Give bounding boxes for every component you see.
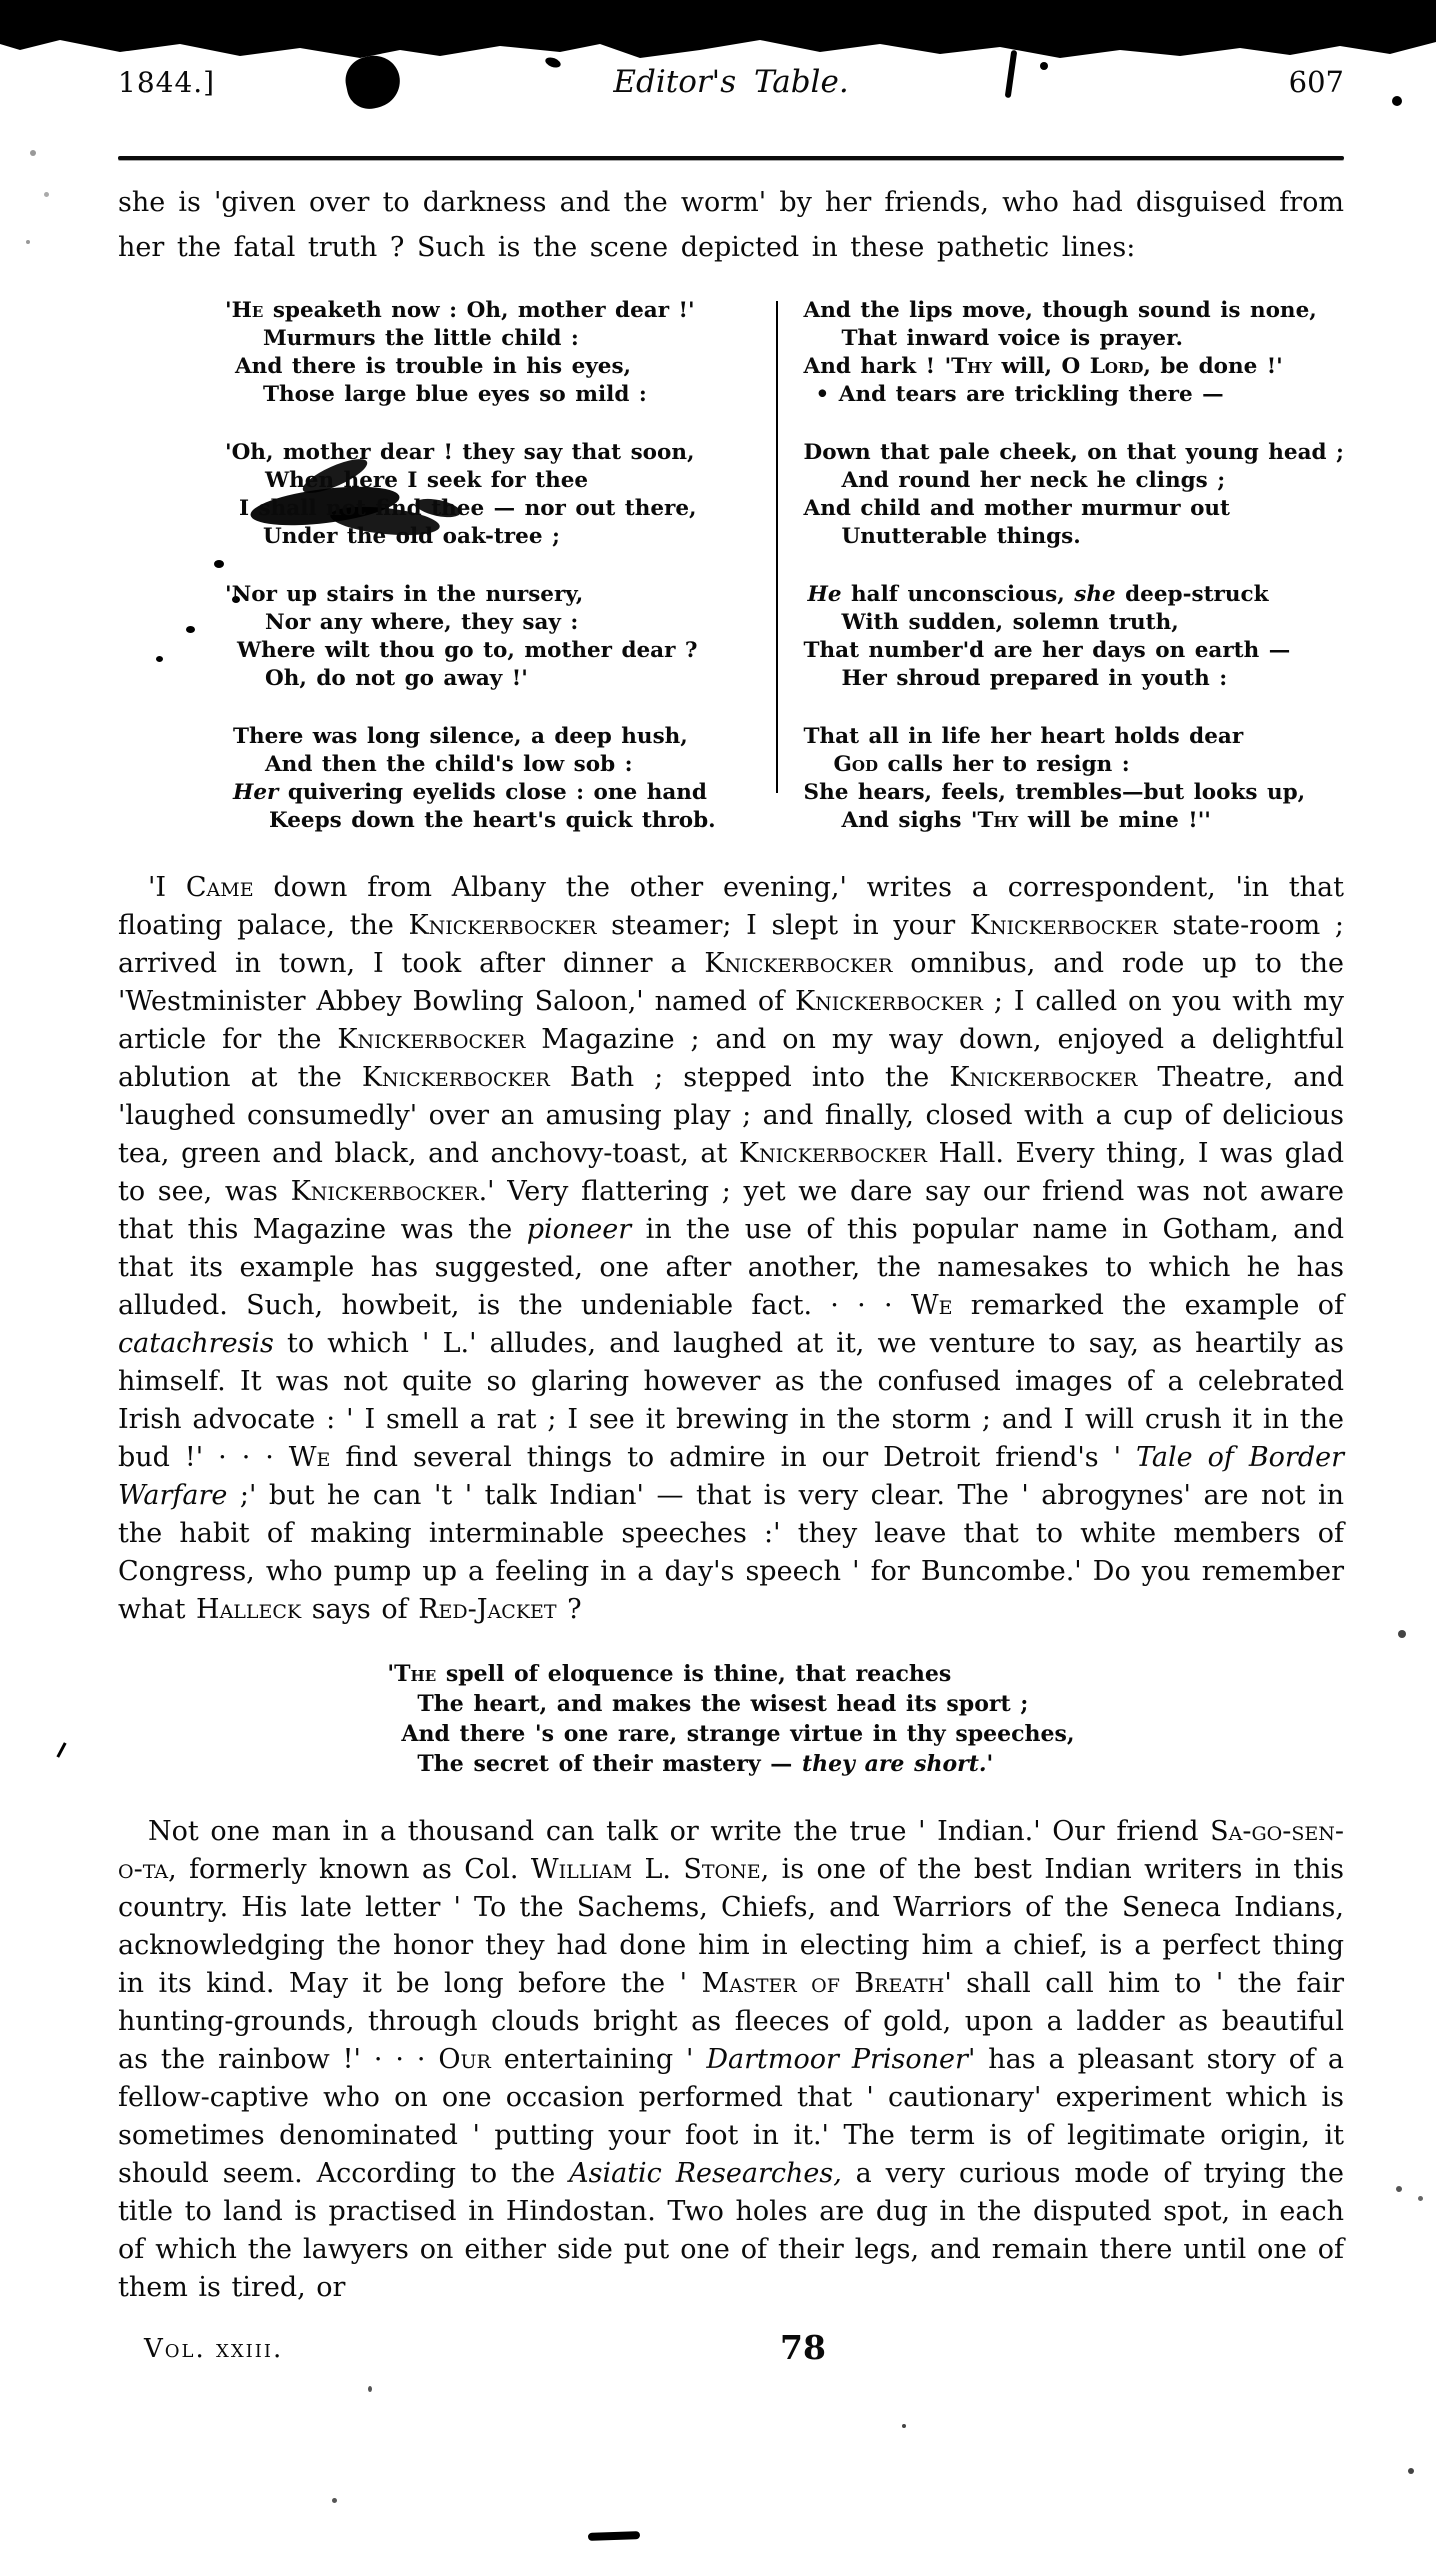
- text-segment: Thy: [951, 354, 992, 379]
- text-segment: And then the child's low sob :: [265, 752, 633, 777]
- text-segment: catachresis: [118, 1328, 274, 1359]
- text-segment: Knickerbocker: [795, 986, 983, 1017]
- poem-section: 'He speaketh now : Oh, mother dear !'Mur…: [118, 297, 1344, 835]
- poem-line: Her shroud prepared in youth :: [842, 665, 1344, 693]
- poem-line: Unutterable things.: [842, 523, 1344, 551]
- poem-stanza: That all in life her heart holds dearGod…: [804, 723, 1344, 835]
- text-segment: And sighs ': [842, 808, 978, 833]
- text-segment: , be done !': [1143, 354, 1282, 379]
- poem-line: Those large blue eyes so mild :: [263, 381, 750, 409]
- text-segment: Keeps down the heart's quick throb.: [269, 808, 716, 833]
- text-segment: Knickerbocker: [739, 1138, 927, 1169]
- poem-line: 'The spell of eloquence is thine, that r…: [387, 1659, 1074, 1689]
- text-segment: steamer; I slept in your: [596, 910, 969, 941]
- text-segment: will, O: [992, 354, 1090, 379]
- text-segment: God: [834, 752, 878, 777]
- poem-line: That number'd are her days on earth —: [804, 637, 1344, 665]
- text-segment: Unutterable things.: [842, 524, 1081, 549]
- page-header: 1844.] Editor's Table. 607: [118, 64, 1344, 100]
- text-segment: She hears, feels, trembles—but looks up,: [804, 780, 1306, 805]
- text-segment: 'I: [148, 872, 186, 903]
- ink-dash: [588, 2531, 640, 2541]
- header-year: 1844.]: [118, 66, 613, 99]
- poem-line: And there is trouble in his eyes,: [235, 353, 750, 381]
- poem-column-divider: [776, 301, 778, 793]
- text-segment: , formerly known as Col.: [168, 1854, 531, 1885]
- page: 1844.] Editor's Table. 607 she is 'given…: [0, 64, 1436, 2384]
- poem-line: And hark ! 'Thy will, O Lord, be done !': [804, 353, 1344, 381]
- poem-line: Her quivering eyelids close : one hand: [233, 779, 750, 807]
- footer-signature-number: 78: [780, 2328, 826, 2367]
- text-segment: Under the old oak-tree ;: [263, 524, 560, 549]
- poem-line: He half unconscious, she deep-struck: [808, 581, 1344, 609]
- text-segment: And round her neck he clings ;: [842, 468, 1226, 493]
- poem-line: The secret of their mastery — they are s…: [417, 1749, 1074, 1779]
- text-segment: ?: [557, 1594, 582, 1625]
- text-segment: Where wilt thou go to, mother dear ?: [237, 638, 698, 663]
- text-segment: find several things to admire in our Det…: [330, 1442, 1136, 1473]
- intro-paragraph: she is 'given over to darkness and the w…: [118, 180, 1344, 270]
- text-segment: Oh, do not go away !': [265, 666, 528, 691]
- text-segment: Knickerbocker: [408, 910, 596, 941]
- text-segment: And hark ! ': [804, 354, 952, 379]
- poem-line: Down that pale cheek, on that young head…: [804, 439, 1344, 467]
- text-segment: Vol. xxiii.: [144, 2334, 283, 2364]
- poem-column-right: And the lips move, though sound is none,…: [750, 297, 1344, 835]
- footer-volume: Vol. xxiii.: [144, 2334, 283, 2364]
- text-segment: And the lips move, though sound is none,: [804, 298, 1317, 323]
- text-segment: And there is trouble in his eyes,: [235, 354, 631, 379]
- text-segment: That all in life her heart holds dear: [804, 724, 1244, 749]
- text-segment: We: [289, 1442, 331, 1473]
- poem-line: That inward voice is prayer.: [842, 325, 1344, 353]
- poem-line: With sudden, solemn truth,: [842, 609, 1344, 637]
- text-segment: Murmurs the little child :: [263, 326, 579, 351]
- text-segment: Knickerbocker: [949, 1062, 1137, 1093]
- poem-line: And there 's one rare, strange virtue in…: [401, 1719, 1074, 1749]
- text-segment: The secret of their mastery —: [417, 1751, 802, 1777]
- poem-line: God calls her to resign :: [834, 751, 1344, 779]
- text-segment: says of: [301, 1594, 418, 1625]
- text-segment: With sudden, solemn truth,: [842, 610, 1179, 635]
- halleck-verse: 'The spell of eloquence is thine, that r…: [387, 1659, 1074, 1779]
- ink-speck: [332, 2498, 337, 2503]
- text-segment: ': [225, 298, 232, 323]
- text-segment: quivering eyelids close : one hand: [278, 780, 707, 805]
- page-footer: Vol. xxiii. 78: [118, 2334, 1344, 2384]
- text-segment: Her shroud prepared in youth :: [842, 666, 1228, 691]
- text-segment: Thy: [978, 808, 1019, 833]
- text-segment: 'Oh, mother dear ! they say that soon,: [225, 440, 694, 465]
- header-rule: [118, 156, 1344, 160]
- poem-line: Keeps down the heart's quick throb.: [269, 807, 750, 835]
- text-segment: Not one man in a thousand can talk or wr…: [148, 1816, 1210, 1847]
- poem-line: 'Nor up stairs in the nursery,: [225, 581, 750, 609]
- text-segment: When here I seek for thee: [265, 468, 588, 493]
- header-page-number: 607: [849, 65, 1344, 99]
- poem-line: And round her neck he clings ;: [842, 467, 1344, 495]
- text-segment: will be mine !'': [1018, 808, 1211, 833]
- knickerbocker-paragraph: 'I Came down from Albany the other eveni…: [118, 869, 1344, 1629]
- ink-speck: [368, 2386, 372, 2392]
- text-segment: Halleck: [196, 1594, 301, 1625]
- text-segment: deep-struck: [1116, 582, 1269, 607]
- poem-stanza: 'Nor up stairs in the nursery,Nor any wh…: [225, 581, 750, 693]
- poem-line: Where wilt thou go to, mother dear ?: [237, 637, 750, 665]
- text-segment: Red-Jacket: [418, 1594, 556, 1625]
- ink-speck: [1408, 2468, 1414, 2474]
- poem-stanza: And the lips move, though sound is none,…: [804, 297, 1344, 409]
- text-segment: they are short.': [802, 1751, 993, 1777]
- text-segment: And there 's one rare, strange virtue in…: [401, 1721, 1074, 1747]
- text-segment: The heart, and makes the wisest head its…: [417, 1691, 1028, 1717]
- poem-line: When here I seek for thee: [265, 467, 750, 495]
- text-segment: That number'd are her days on earth —: [804, 638, 1291, 663]
- text-segment: Came: [186, 872, 254, 903]
- text-segment: Knickerbocker: [337, 1024, 525, 1055]
- text-segment: entertaining ': [491, 2044, 707, 2075]
- text-segment: she is 'given over to darkness and the w…: [118, 187, 1344, 263]
- text-segment: We: [911, 1290, 953, 1321]
- text-segment: calls her to resign :: [878, 752, 1130, 777]
- poem-line: And the lips move, though sound is none,: [804, 297, 1344, 325]
- text-segment: remarked the example of: [953, 1290, 1345, 1321]
- text-segment: Knickerbocker: [291, 1176, 479, 1207]
- poem-stanza: 'Oh, mother dear ! they say that soon,Wh…: [225, 439, 750, 551]
- text-segment: There was long silence, a deep hush,: [233, 724, 688, 749]
- text-segment: spell of eloquence is thine, that reache…: [436, 1661, 951, 1687]
- text-segment: Knickerbocker: [704, 948, 892, 979]
- text-segment: 'Nor up stairs in the nursery,: [225, 582, 583, 607]
- poem-stanza: 'He speaketh now : Oh, mother dear !'Mur…: [225, 297, 750, 409]
- poem-stanza: There was long silence, a deep hush,And …: [225, 723, 750, 835]
- page-title: Editor's Table.: [613, 64, 848, 100]
- scan-ink-band: [0, 0, 1436, 58]
- poem-line: There was long silence, a deep hush,: [233, 723, 750, 751]
- poem-line: Under the old oak-tree ;: [263, 523, 750, 551]
- poem-line: And child and mother murmur out: [804, 495, 1344, 523]
- poem-line: And then the child's low sob :: [265, 751, 750, 779]
- text-segment: He: [808, 582, 842, 607]
- text-segment: Nor any where, they say :: [265, 610, 578, 635]
- text-segment: • And tears are trickling there —: [816, 382, 1224, 407]
- text-segment: Knickerbocker: [362, 1062, 550, 1093]
- text-segment: Knickerbocker: [970, 910, 1158, 941]
- text-segment: Those large blue eyes so mild :: [263, 382, 647, 407]
- poem-line: • And tears are trickling there —: [816, 381, 1344, 409]
- text-segment: she: [1074, 582, 1115, 607]
- poem-line: 'He speaketh now : Oh, mother dear !': [225, 297, 750, 325]
- text-segment: And child and mother murmur out: [804, 496, 1230, 521]
- text-segment: That inward voice is prayer.: [842, 326, 1183, 351]
- ink-speck: [902, 2424, 906, 2428]
- text-segment: William L. Stone,: [531, 1854, 769, 1885]
- poem-line: And sighs 'Thy will be mine !'': [842, 807, 1344, 835]
- text-segment: Dartmoor Prisoner: [706, 2044, 968, 2075]
- indian-paragraph: Not one man in a thousand can talk or wr…: [118, 1813, 1344, 2307]
- poem-column-left: 'He speaketh now : Oh, mother dear !'Mur…: [118, 297, 750, 835]
- text-segment: Down that pale cheek, on that young head…: [804, 440, 1344, 465]
- poem-stanza: 'The spell of eloquence is thine, that r…: [387, 1659, 1074, 1779]
- poem-line: Oh, do not go away !': [265, 665, 750, 693]
- poem-line: She hears, feels, trembles—but looks up,: [804, 779, 1344, 807]
- text-segment: Lord: [1090, 354, 1144, 379]
- poem-line: 'Oh, mother dear ! they say that soon,: [225, 439, 750, 467]
- poem-stanza: Down that pale cheek, on that young head…: [804, 439, 1344, 551]
- text-segment: Asiatic Researches,: [569, 2158, 842, 2189]
- text-segment: I shall not find thee — nor out there,: [239, 496, 697, 521]
- poem-line: That all in life her heart holds dear: [804, 723, 1344, 751]
- poem-stanza: He half unconscious, she deep-struckWith…: [804, 581, 1344, 693]
- text-segment: half unconscious,: [842, 582, 1075, 607]
- text-segment: He: [232, 298, 264, 323]
- text-segment: pioneer: [527, 1214, 631, 1245]
- text-segment: The: [394, 1661, 436, 1687]
- poem-line: Nor any where, they say :: [265, 609, 750, 637]
- poem-line: I shall not find thee — nor out there,: [239, 495, 750, 523]
- poem-line: Murmurs the little child :: [263, 325, 750, 353]
- text-segment: Our: [438, 2044, 490, 2075]
- text-segment: Master of Breath: [701, 1968, 944, 1999]
- text-segment: Her: [233, 780, 278, 805]
- text-segment: Bath ; stepped into the: [550, 1062, 949, 1093]
- poem-line: The heart, and makes the wisest head its…: [417, 1689, 1074, 1719]
- text-segment: speaketh now : Oh, mother dear !': [263, 298, 694, 323]
